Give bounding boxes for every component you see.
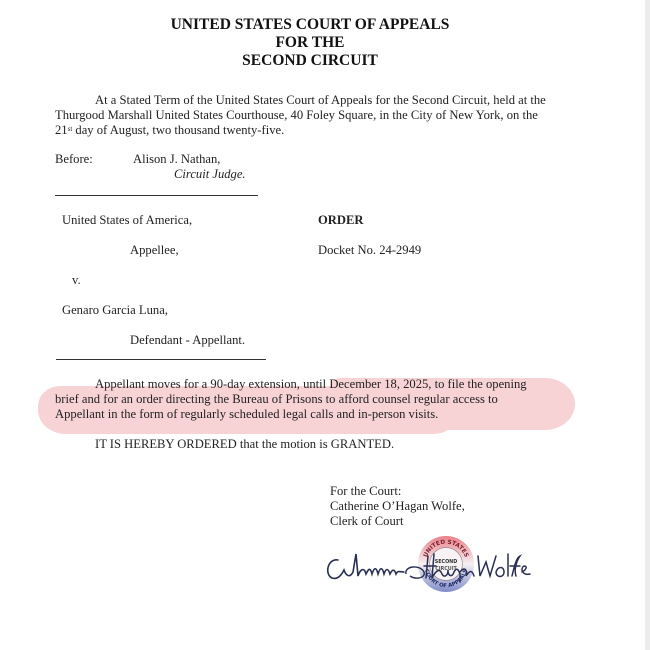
preamble-line2: Thurgood Marshall United States Courthou… bbox=[55, 108, 538, 124]
preamble-day-suffix: st bbox=[68, 125, 73, 133]
party2-name: Genaro Garcia Luna, bbox=[62, 303, 168, 319]
court-heading: UNITED STATES COURT OF APPEALS FOR THE S… bbox=[0, 16, 620, 70]
before-label: Before: bbox=[55, 152, 93, 168]
preamble-day: 21 bbox=[55, 123, 68, 137]
preamble-date-rest: day of August, two thousand twenty-five. bbox=[72, 123, 284, 137]
party1-role: Appellee, bbox=[130, 243, 179, 259]
docket-number: Docket No. 24-2949 bbox=[318, 243, 421, 259]
court-heading-line3: SECOND CIRCUIT bbox=[0, 52, 620, 70]
panel-divider bbox=[55, 195, 258, 196]
court-heading-line2: FOR THE bbox=[0, 34, 620, 52]
judge-title: Circuit Judge. bbox=[174, 167, 246, 183]
clerk-name: Catherine O’Hagan Wolfe, bbox=[330, 499, 465, 515]
party1-name: United States of America, bbox=[62, 213, 192, 229]
clerk-title: Clerk of Court bbox=[330, 514, 403, 530]
motion-line1: Appellant moves for a 90-day extension, … bbox=[95, 377, 527, 393]
party2-role: Defendant - Appellant. bbox=[130, 333, 245, 349]
for-the-court: For the Court: bbox=[330, 484, 401, 500]
motion-line2: brief and for an order directing the Bur… bbox=[55, 392, 498, 408]
page-edge-strip bbox=[645, 0, 650, 650]
clerk-signature: Catherine O’Hagan Wolfe bbox=[320, 548, 540, 588]
judge-name: Alison J. Nathan, bbox=[133, 152, 220, 168]
versus: v. bbox=[72, 273, 81, 289]
preamble-line1: At a Stated Term of the United States Co… bbox=[95, 93, 546, 109]
preamble-line3: 21st day of August, two thousand twenty-… bbox=[55, 123, 284, 139]
motion-line3: Appellant in the form of regularly sched… bbox=[55, 407, 438, 423]
caption-divider bbox=[56, 359, 266, 360]
court-heading-line1: UNITED STATES COURT OF APPEALS bbox=[0, 16, 620, 34]
document-type: ORDER bbox=[318, 213, 363, 229]
ruling-text: IT IS HEREBY ORDERED that the motion is … bbox=[95, 437, 394, 453]
